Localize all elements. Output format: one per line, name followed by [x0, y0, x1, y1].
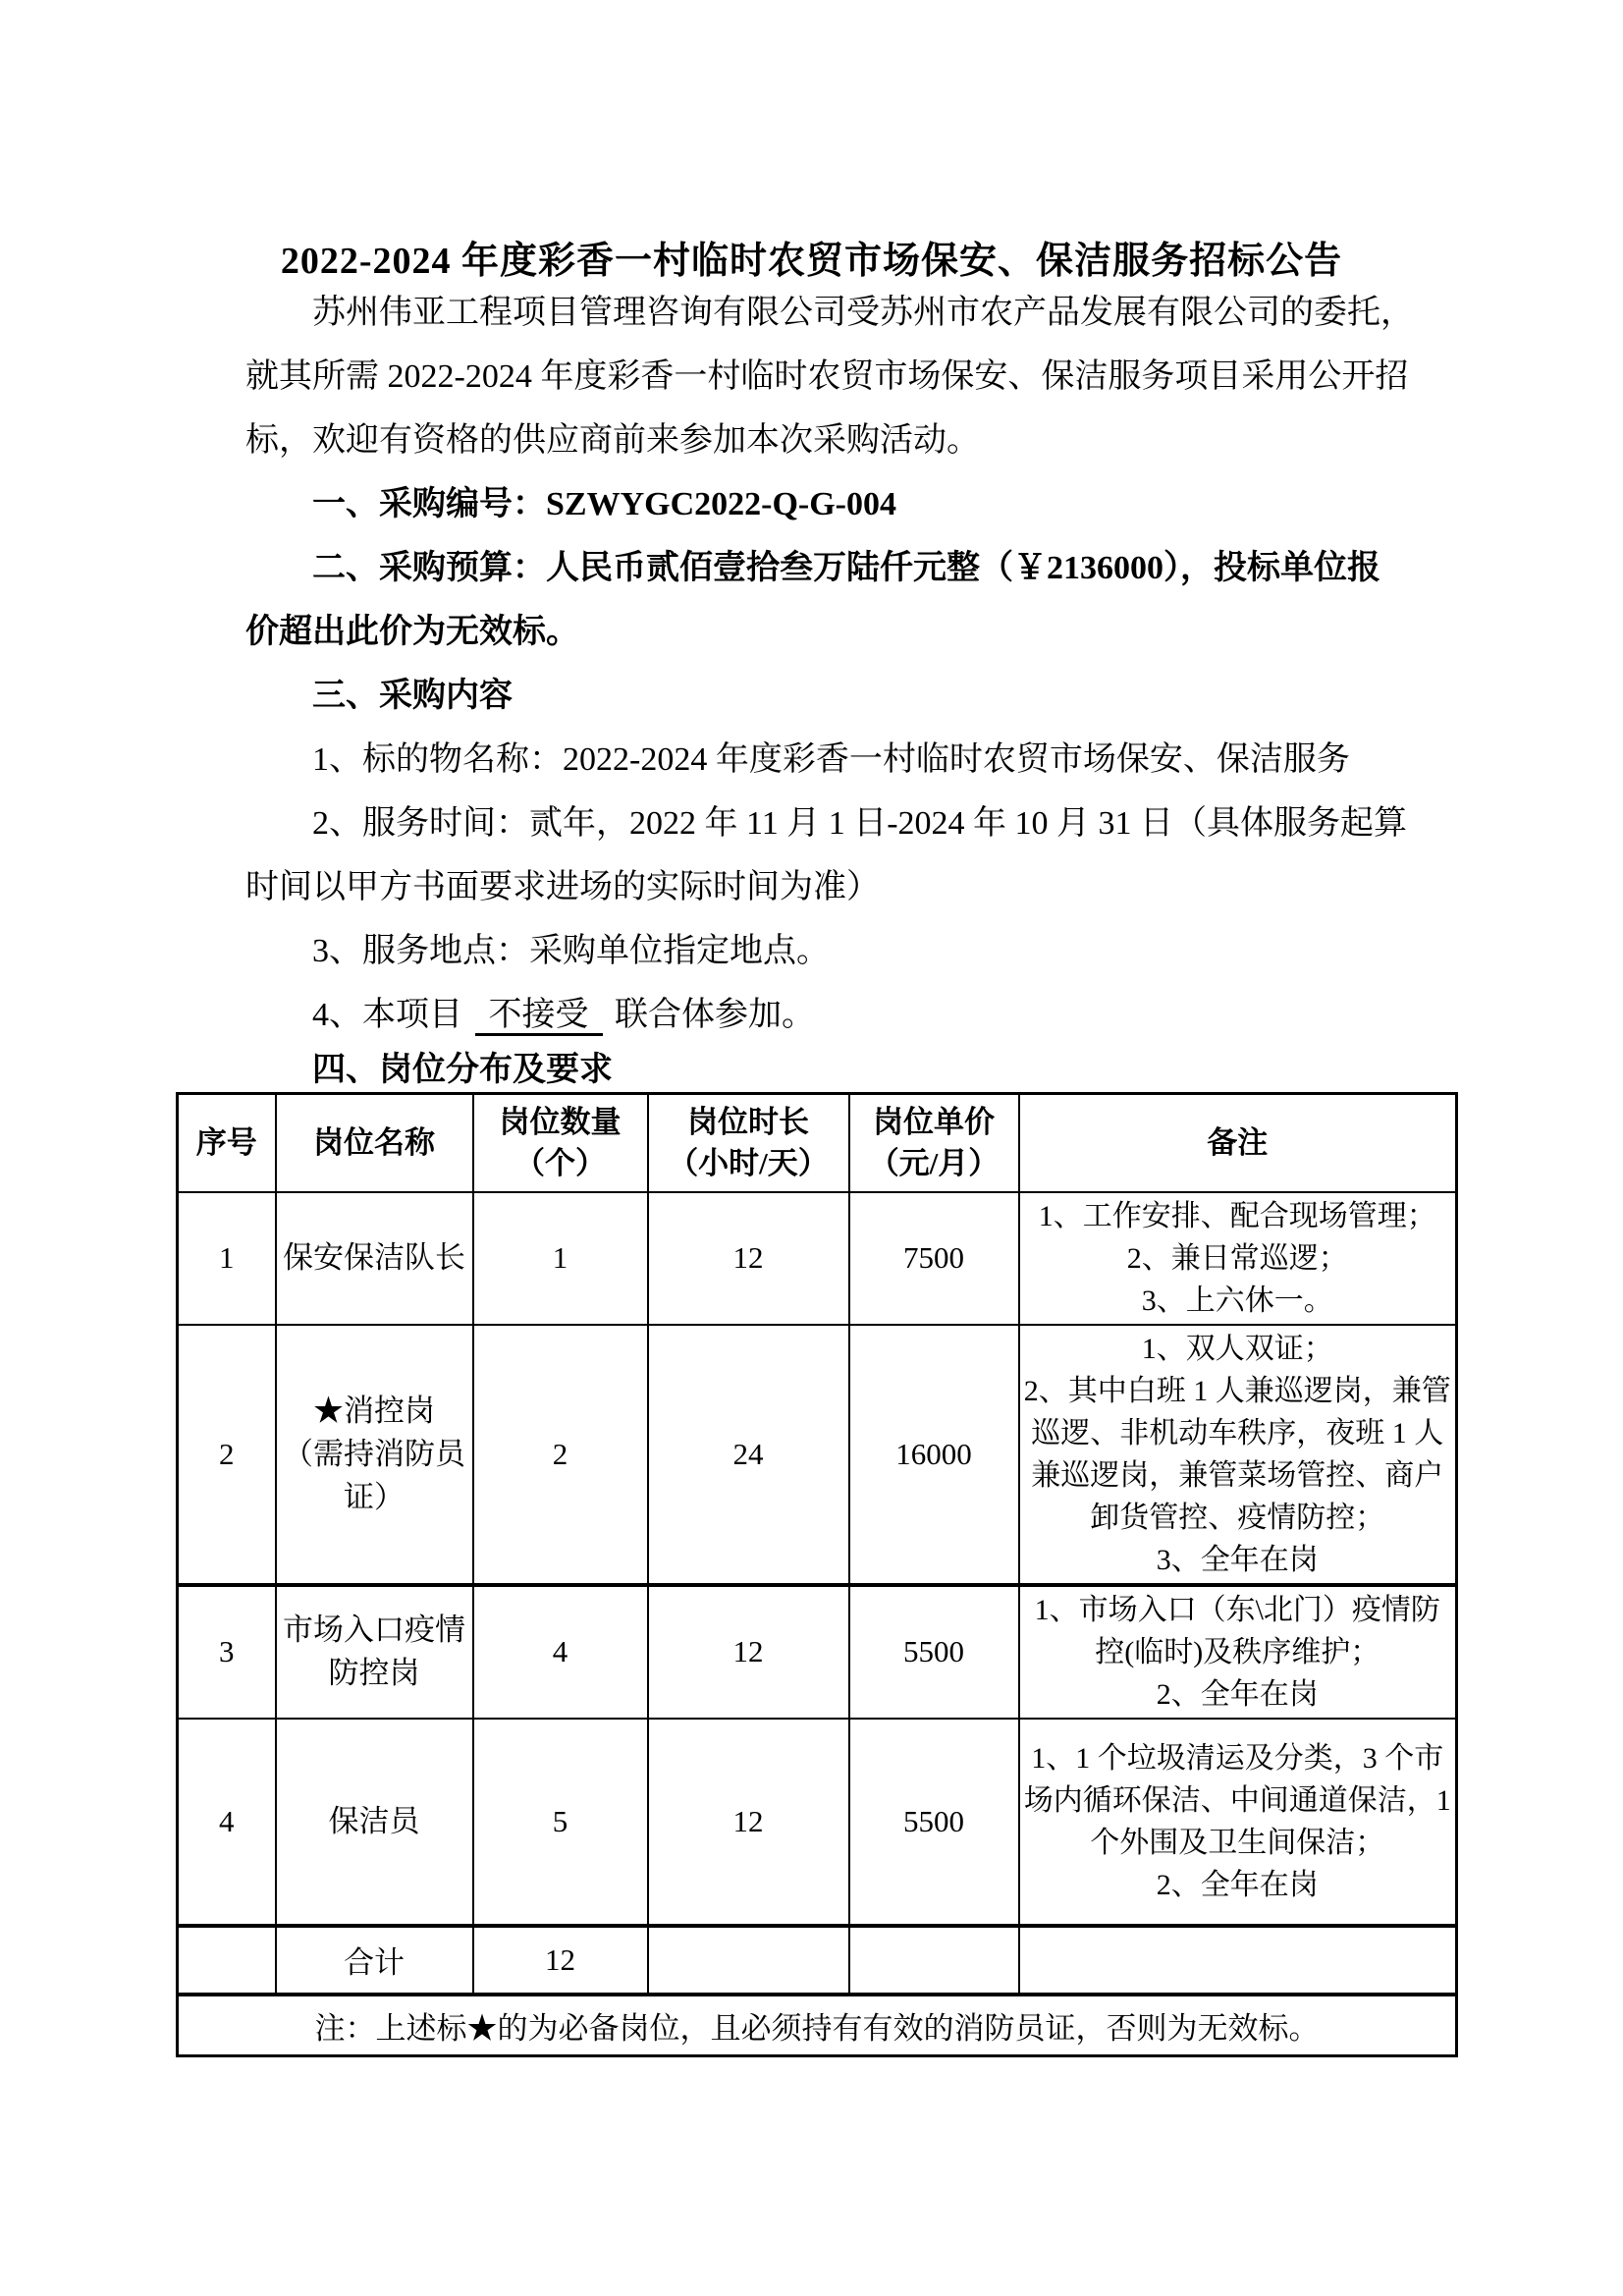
- total-empty-remark: [1019, 1926, 1457, 1995]
- doc-title: 2022-2024 年度彩香一村临时农贸市场保安、保洁服务招标公告: [0, 230, 1623, 284]
- document-page: 2022-2024 年度彩香一村临时农贸市场保安、保洁服务招标公告 苏州伟亚工程…: [0, 0, 1623, 2296]
- cell-price: 7500: [849, 1192, 1019, 1325]
- table-row: 2 ★消控岗 （需持消防员证） 2 24 16000 1、双人双证； 2、其中白…: [178, 1325, 1457, 1585]
- item-2-line-1: 2、服务时间：贰年，2022 年 11 月 1 日-2024 年 10 月 31…: [245, 792, 1483, 855]
- cell-no: 1: [178, 1192, 276, 1325]
- cell-no: 3: [178, 1585, 276, 1719]
- cell-no: 2: [178, 1325, 276, 1585]
- item-4-line: 4、本项目 不接受 联合体参加。: [245, 983, 1483, 1047]
- remark-line: 2、其中白班 1 人兼巡逻岗，兼管巡逻、非机动车秩序，夜班 1 人兼巡逻岗，兼管…: [1024, 1370, 1452, 1539]
- remark-line: 1、1 个垃圾清运及分类，3 个市场内循环保洁、中间通道保洁，1 个外围及卫生间…: [1024, 1737, 1452, 1864]
- cell-hours: 12: [648, 1585, 849, 1719]
- remark-line: 1、双人双证；: [1024, 1328, 1452, 1370]
- cell-name: ★消控岗 （需持消防员证）: [276, 1325, 473, 1585]
- cell-no: 4: [178, 1719, 276, 1926]
- remark-line: 2、兼日常巡逻；: [1024, 1237, 1452, 1280]
- cell-hours: 12: [648, 1192, 849, 1325]
- header-price-unit: （元/月）: [854, 1143, 1014, 1184]
- cell-price: 5500: [849, 1719, 1019, 1926]
- cell-remark: 1、1 个垃圾清运及分类，3 个市场内循环保洁、中间通道保洁，1 个外围及卫生间…: [1019, 1719, 1457, 1926]
- cell-remark: 1、双人双证； 2、其中白班 1 人兼巡逻岗，兼管巡逻、非机动车秩序，夜班 1 …: [1019, 1325, 1457, 1585]
- header-qty-unit: （个）: [478, 1143, 643, 1184]
- total-qty: 12: [473, 1926, 648, 1995]
- remark-line: 2、全年在岗: [1024, 1673, 1452, 1716]
- table-row: 1 保安保洁队长 1 12 7500 1、工作安排、配合现场管理； 2、兼日常巡…: [178, 1192, 1457, 1325]
- cell-qty: 5: [473, 1719, 648, 1926]
- table-header-row: 序号 岗位名称 岗位数量 （个） 岗位时长 （小时/天） 岗位单价 （元/月） …: [178, 1094, 1457, 1192]
- header-qty: 岗位数量 （个）: [473, 1094, 648, 1192]
- cell-qty: 1: [473, 1192, 648, 1325]
- cell-hours: 24: [648, 1325, 849, 1585]
- name-line: ★消控岗: [281, 1390, 468, 1433]
- name-line: （需持消防员证）: [281, 1433, 468, 1519]
- header-remark: 备注: [1019, 1094, 1457, 1192]
- table-row: 4 保洁员 5 12 5500 1、1 个垃圾清运及分类，3 个市场内循环保洁、…: [178, 1719, 1457, 1926]
- header-hours: 岗位时长 （小时/天）: [648, 1094, 849, 1192]
- intro-line-2: 就其所需 2022-2024 年度彩香一村临时农贸市场保安、保洁服务项目采用公开…: [245, 345, 1483, 409]
- header-no: 序号: [178, 1094, 276, 1192]
- positions-table: 序号 岗位名称 岗位数量 （个） 岗位时长 （小时/天） 岗位单价 （元/月） …: [176, 1092, 1458, 2057]
- doc-body: 苏州伟亚工程项目管理咨询有限公司受苏州市农产品发展有限公司的委托， 就其所需 2…: [245, 281, 1483, 1094]
- remark-line: 3、全年在岗: [1024, 1539, 1452, 1581]
- total-empty-hours: [648, 1926, 849, 1995]
- cell-remark: 1、市场入口（东\北门）疫情防控(临时)及秩序维护； 2、全年在岗: [1019, 1585, 1457, 1719]
- cell-remark: 1、工作安排、配合现场管理； 2、兼日常巡逻； 3、上六休一。: [1019, 1192, 1457, 1325]
- remark-line: 2、全年在岗: [1024, 1864, 1452, 1906]
- section-1-heading: 一、采购编号：SZWYGC2022-Q-G-004: [245, 472, 1483, 536]
- remark-line: 3、上六休一。: [1024, 1280, 1452, 1322]
- item-2-line-2: 时间以甲方书面要求进场的实际时间为准）: [245, 855, 1483, 919]
- header-name: 岗位名称: [276, 1094, 473, 1192]
- item-4-underlined-text: 不接受: [475, 997, 603, 1036]
- cell-price: 5500: [849, 1585, 1019, 1719]
- intro-line-3: 标，欢迎有资格的供应商前来参加本次采购活动。: [245, 409, 1483, 472]
- cell-name: 市场入口疫情防控岗: [276, 1585, 473, 1719]
- section-3-heading: 三、采购内容: [245, 664, 1483, 728]
- table-note: 注：上述标★的为必备岗位，且必须持有有效的消防员证，否则为无效标。: [178, 1995, 1457, 2056]
- item-1-line: 1、标的物名称：2022-2024 年度彩香一村临时农贸市场保安、保洁服务: [245, 728, 1483, 792]
- header-hours-label: 岗位时长: [653, 1102, 844, 1143]
- header-qty-label: 岗位数量: [478, 1102, 643, 1143]
- remark-line: 1、工作安排、配合现场管理；: [1024, 1195, 1452, 1237]
- cell-qty: 2: [473, 1325, 648, 1585]
- section-2-line-1: 二、采购预算：人民币贰佰壹拾叁万陆仟元整（￥2136000），投标单位报: [245, 536, 1483, 600]
- table-note-row: 注：上述标★的为必备岗位，且必须持有有效的消防员证，否则为无效标。: [178, 1995, 1457, 2056]
- table-total-row: 合计 12: [178, 1926, 1457, 1995]
- header-price-label: 岗位单价: [854, 1102, 1014, 1143]
- item-4-suffix: 联合体参加。: [615, 997, 815, 1033]
- section-4-heading: 四、岗位分布及要求: [245, 1047, 1483, 1094]
- cell-price: 16000: [849, 1325, 1019, 1585]
- cell-hours: 12: [648, 1719, 849, 1926]
- total-label: 合计: [276, 1926, 473, 1995]
- cell-name: 保洁员: [276, 1719, 473, 1926]
- total-empty-no: [178, 1926, 276, 1995]
- cell-qty: 4: [473, 1585, 648, 1719]
- cell-name: 保安保洁队长: [276, 1192, 473, 1325]
- item-4-prefix: 4、本项目: [312, 997, 462, 1033]
- intro-line-1: 苏州伟亚工程项目管理咨询有限公司受苏州市农产品发展有限公司的委托，: [245, 281, 1483, 345]
- table-row: 3 市场入口疫情防控岗 4 12 5500 1、市场入口（东\北门）疫情防控(临…: [178, 1585, 1457, 1719]
- total-empty-price: [849, 1926, 1019, 1995]
- header-price: 岗位单价 （元/月）: [849, 1094, 1019, 1192]
- header-hours-unit: （小时/天）: [653, 1143, 844, 1184]
- section-2-line-2: 价超出此价为无效标。: [245, 600, 1483, 664]
- item-3-line: 3、服务地点：采购单位指定地点。: [245, 919, 1483, 983]
- remark-line: 1、市场入口（东\北门）疫情防控(临时)及秩序维护；: [1024, 1589, 1452, 1673]
